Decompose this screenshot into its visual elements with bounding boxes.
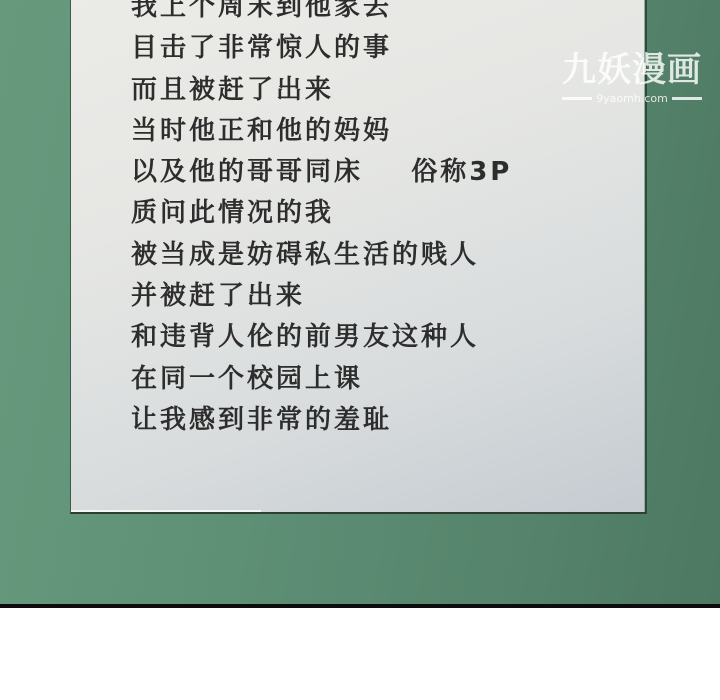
board-line-6: 质问此情况的我: [131, 193, 512, 234]
board-text: 我上个周末到他家去 目击了非常惊人的事 而且被赶了出来 当时他正和他的妈妈 以及…: [131, 0, 512, 441]
board-line-9: 和违背人伦的前男友这种人: [131, 317, 512, 358]
board-line-1: 我上个周末到他家去: [131, 0, 512, 28]
comic-panel: 我上个周末到他家去 目击了非常惊人的事 而且被赶了出来 当时他正和他的妈妈 以及…: [0, 0, 720, 604]
board-edge-highlight: [71, 510, 261, 512]
board-line-11: 让我感到非常的羞耻: [131, 400, 512, 441]
watermark-subtitle-row: 9yaomh.com: [552, 92, 712, 105]
watermark-rule-right: [672, 97, 702, 100]
watermark: 九妖漫画 9yaomh.com: [552, 50, 712, 105]
watermark-url: 9yaomh.com: [596, 92, 668, 105]
board-line-7: 被当成是妨碍私生活的贱人: [131, 235, 512, 276]
board-line-2: 目击了非常惊人的事: [131, 28, 512, 69]
panel-border: [0, 604, 720, 608]
board-line-8: 并被赶了出来: [131, 276, 512, 317]
board-line-10: 在同一个校园上课: [131, 359, 512, 400]
watermark-title: 九妖漫画: [552, 50, 712, 90]
board-line-5: 以及他的哥哥同床 俗称3P: [131, 152, 512, 193]
board-line-3: 而且被赶了出来: [131, 70, 512, 111]
watermark-rule-left: [562, 97, 592, 100]
board-line-4: 当时他正和他的妈妈: [131, 111, 512, 152]
